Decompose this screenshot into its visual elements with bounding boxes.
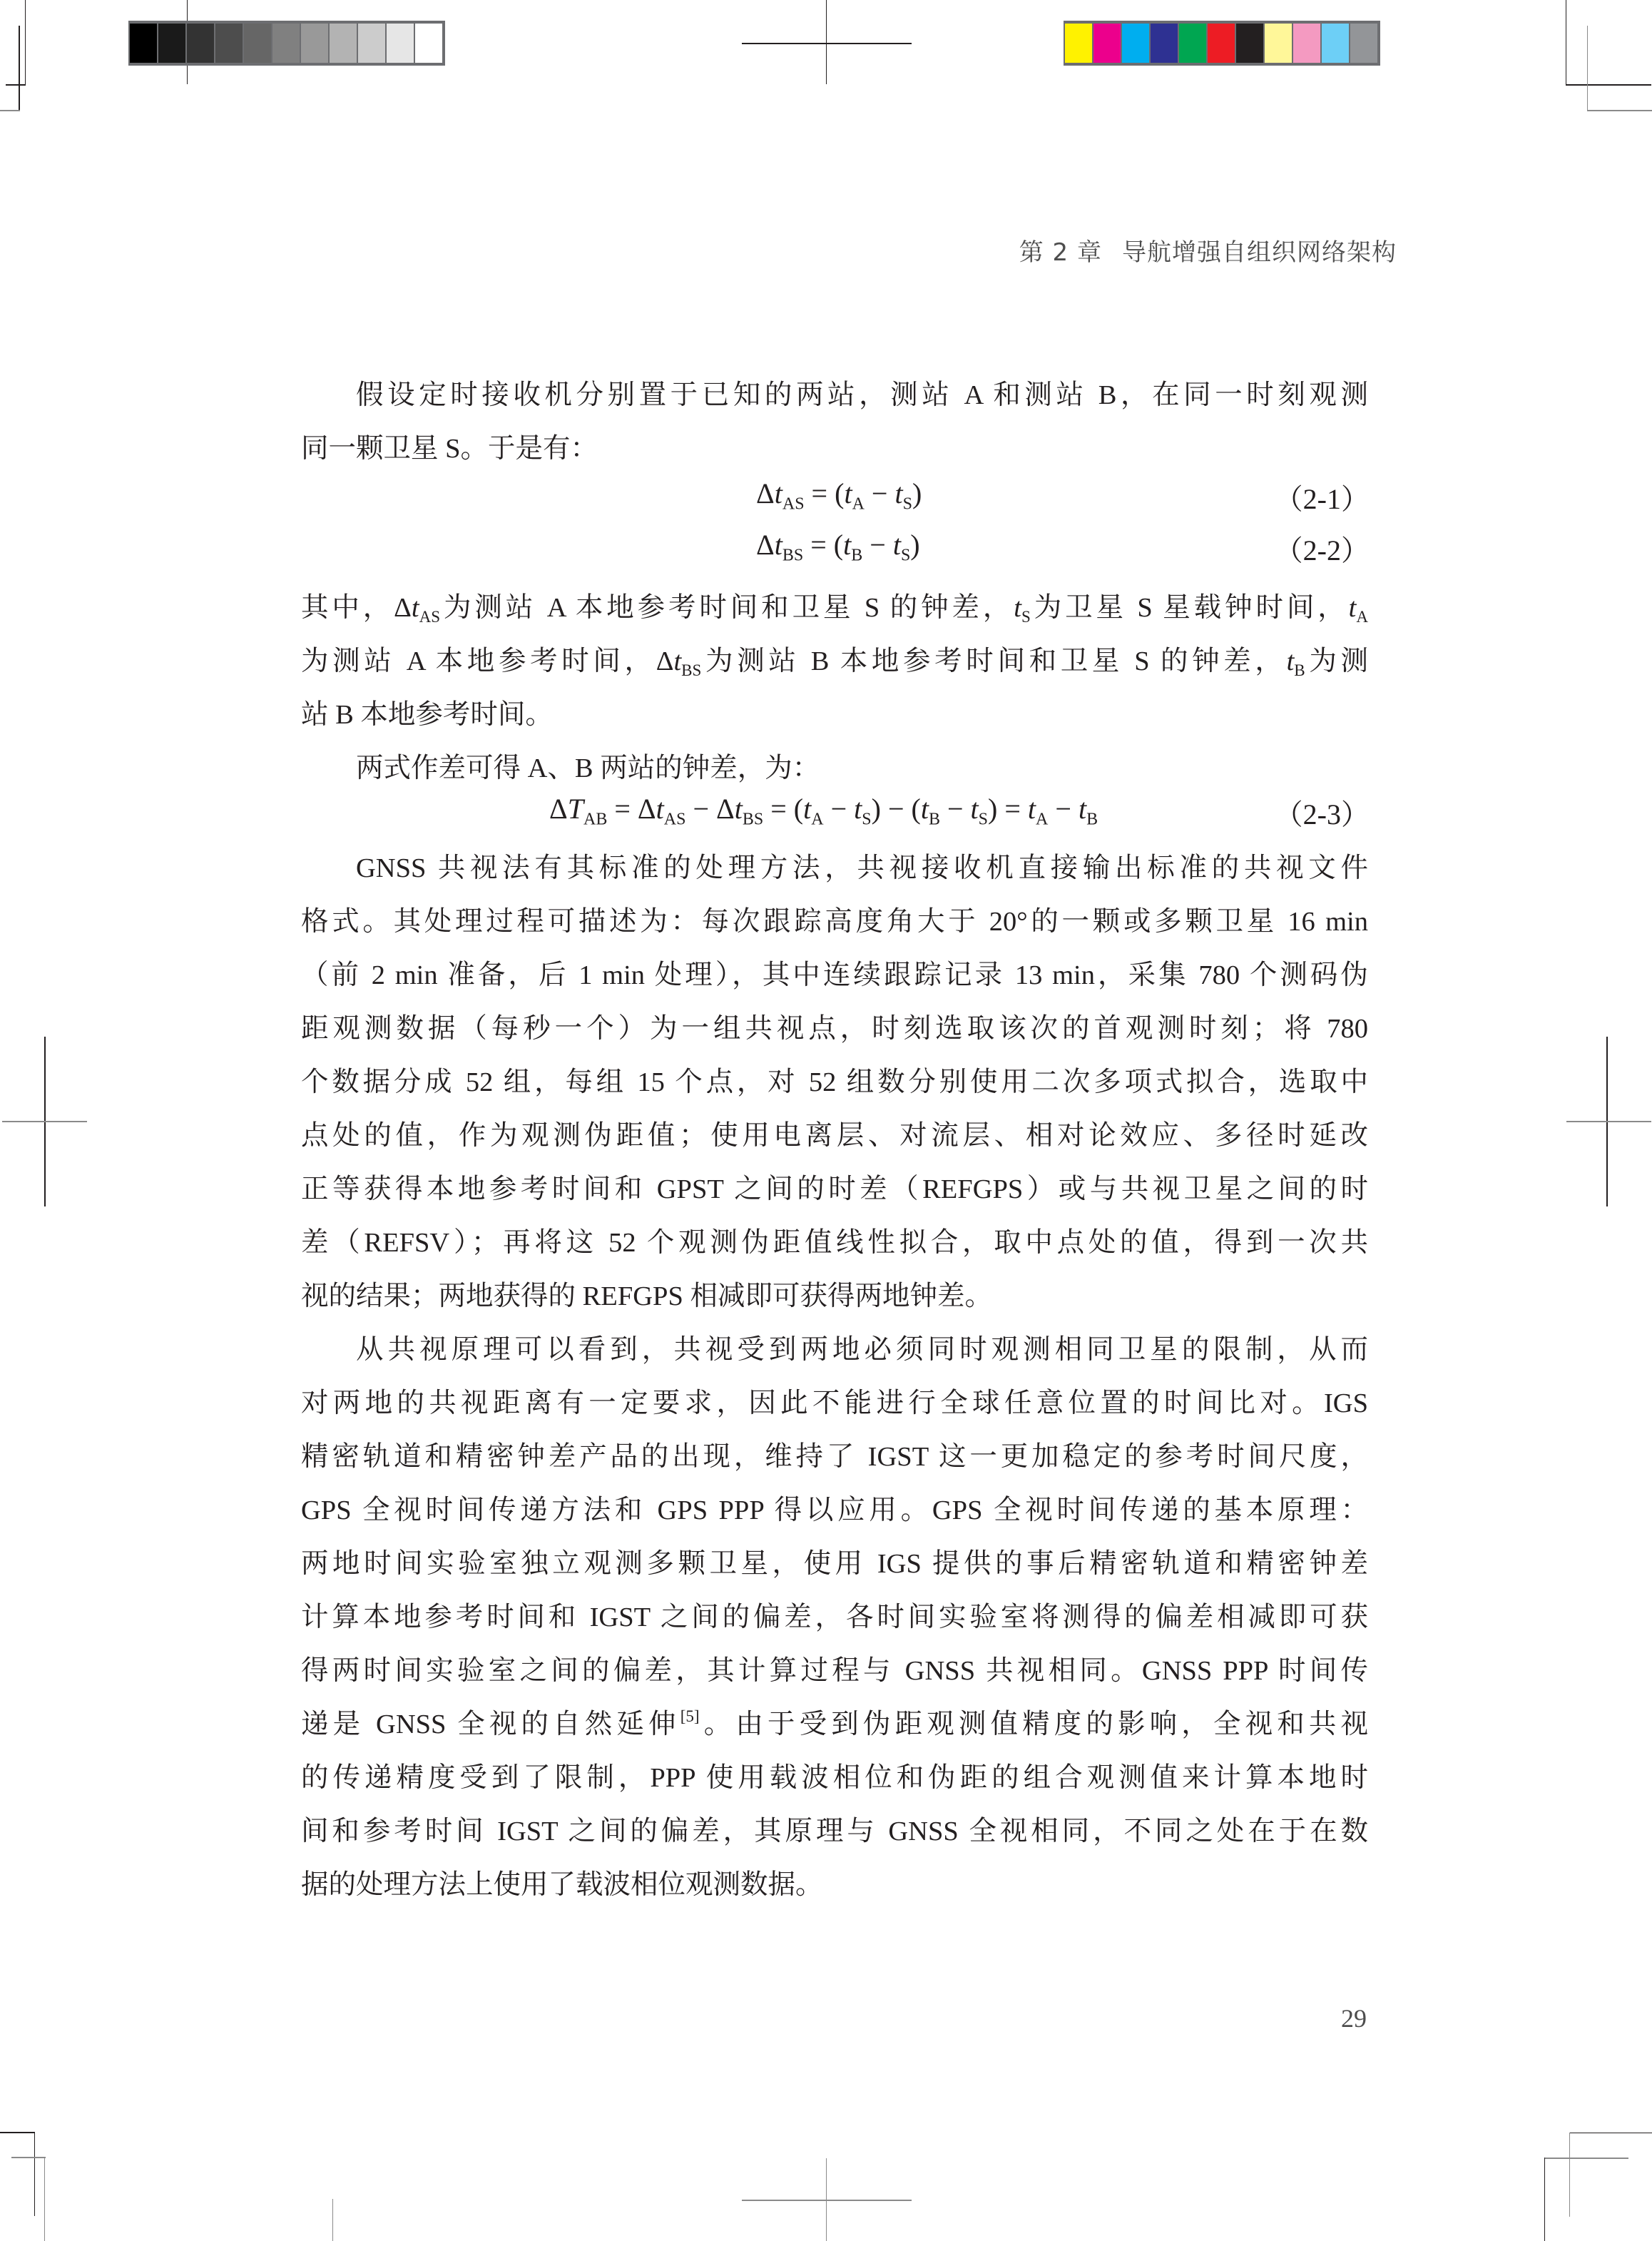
text-line: 为测站 A 本地参考时间，ΔtBS为测站 B 本地参考时间和卫星 S 的钟差，t…	[301, 635, 1368, 688]
equation-2-2: ΔtBS = (tB − tS) （2-2）	[756, 528, 1370, 571]
crop-mark	[742, 2200, 912, 2201]
text-line: （前 2 min 准备，后 1 min 处理），其中连续跟踪记录 13 min，…	[301, 949, 1368, 1002]
text-line: 站 B 本地参考时间。	[301, 688, 1368, 742]
text-line: 精密轨道和精密钟差产品的出现，维持了 IGST 这一更加稳定的参考时间尺度，	[301, 1431, 1368, 1484]
color-swatch	[244, 24, 271, 63]
paragraph: 假设定时接收机分别置于已知的两站，测站 A 和测站 B，在同一时刻观测 同一颗卫…	[301, 369, 1368, 476]
color-swatch	[1322, 24, 1349, 63]
color-swatch	[1122, 24, 1149, 63]
text-line: 得两时间实验室之间的偏差，其计算过程与 GNSS 共视相同。GNSS PPP 时…	[301, 1645, 1368, 1698]
color-swatch	[330, 24, 357, 63]
text-line: 其中，ΔtAS为测站 A 本地参考时间和卫星 S 的钟差，tS为卫星 S 星载钟…	[301, 581, 1368, 635]
text-line: 据的处理方法上使用了载波相位观测数据。	[301, 1859, 1368, 1912]
crop-mark	[1566, 1121, 1651, 1122]
color-swatch	[158, 24, 185, 63]
color-swatch	[1265, 24, 1292, 63]
crop-mark	[1587, 26, 1588, 110]
text-line: 同一颗卫星 S。于是有：	[301, 422, 1368, 476]
crop-mark	[826, 0, 827, 84]
text-line: 距观测数据（每秒一个）为一组共视点，时刻选取该次的首观测时刻；将 780	[301, 1002, 1368, 1056]
color-swatch	[1350, 24, 1377, 63]
text-line: 从共视原理可以看到，共视受到两地必须同时观测相同卫星的限制，从而	[301, 1323, 1368, 1377]
color-swatch	[1179, 24, 1206, 63]
text-line: 格式。其处理过程可描述为：每次跟踪高度角大于 20°的一颗或多颗卫星 16 mi…	[301, 895, 1368, 949]
color-swatch	[1093, 24, 1121, 63]
crop-mark	[1569, 2133, 1652, 2133]
text-line: 计算本地参考时间和 IGST 之间的偏差，各时间实验室将测得的偏差相减即可获	[301, 1591, 1368, 1645]
color-swatch	[215, 24, 243, 63]
crop-mark	[19, 26, 20, 110]
color-bar	[1064, 21, 1380, 66]
chapter-number: 第 2 章	[1019, 238, 1102, 267]
text-line: 正等获得本地参考时间和 GPST 之间的时差（REFGPS）或与共视卫星之间的时	[301, 1163, 1368, 1216]
paragraph: 从共视原理可以看到，共视受到两地必须同时观测相同卫星的限制，从而 对两地的共视距…	[301, 1323, 1368, 1912]
crop-mark	[34, 2132, 35, 2216]
equation-number: （2-3）	[1275, 792, 1370, 833]
equation-number: （2-2）	[1275, 528, 1370, 569]
text-line: 假设定时接收机分别置于已知的两站，测站 A 和测站 B，在同一时刻观测	[301, 369, 1368, 422]
crop-mark	[1587, 110, 1652, 111]
chapter-title: 导航增强自组织网络架构	[1122, 238, 1397, 267]
text-line: 间和参考时间 IGST 之间的偏差，其原理与 GNSS 全视相同，不同之处在于在…	[301, 1805, 1368, 1859]
color-swatch	[1151, 24, 1178, 63]
crop-mark	[1544, 2158, 1545, 2241]
color-swatch	[1236, 24, 1263, 63]
text-line: 点处的值，作为观测伪距值；使用电离层、对流层、相对论效应、多径时延改	[301, 1109, 1368, 1163]
color-swatch	[415, 24, 442, 63]
equation-number: （2-1）	[1275, 477, 1370, 517]
grayscale-bar	[128, 21, 445, 66]
running-head: 第 2 章导航增强自组织网络架构	[1019, 233, 1397, 268]
color-swatch	[1208, 24, 1235, 63]
text-line: GPS 全视时间传递方法和 GPS PPP 得以应用。GPS 全视时间传递的基本…	[301, 1484, 1368, 1538]
color-swatch	[1293, 24, 1320, 63]
citation-link[interactable]: [5]	[680, 1707, 700, 1725]
equation-2-3: ΔTAB = ΔtAS − ΔtBS = (tA − tS) − (tB − t…	[549, 792, 1370, 835]
crop-mark	[25, 0, 26, 84]
equation-2-1: ΔtAS = (tA − tS) （2-1）	[756, 477, 1370, 519]
text-line: GNSS 共视法有其标准的处理方法，共视接收机直接输出标准的共视文件	[301, 842, 1368, 895]
crop-mark	[44, 2157, 45, 2241]
text-line: 两式作差可得 A、B 两站的钟差，为：	[301, 742, 1368, 796]
crop-mark	[332, 2199, 333, 2241]
paragraph: GNSS 共视法有其标准的处理方法，共视接收机直接输出标准的共视文件 格式。其处…	[301, 842, 1368, 1323]
text-line: 递是 GNSS 全视的自然延伸[5]。由于受到伪距观测值精度的影响，全视和共视	[301, 1698, 1368, 1752]
color-swatch	[301, 24, 328, 63]
color-swatch	[358, 24, 385, 63]
text-line: 两地时间实验室独立观测多颗卫星，使用 IGS 提供的事后精密轨道和精密钟差	[301, 1538, 1368, 1591]
crop-mark	[11, 2157, 46, 2158]
color-swatch	[1065, 24, 1092, 63]
crop-mark	[0, 2132, 34, 2133]
color-swatch	[272, 24, 300, 63]
crop-mark	[742, 43, 912, 44]
color-swatch	[387, 24, 414, 63]
crop-mark	[1544, 2158, 1628, 2159]
crop-mark	[6, 84, 26, 86]
color-swatch	[130, 24, 157, 63]
text-line: 差（REFSV）；再将这 52 个观测伪距值线性拟合，取中点处的值，得到一次共	[301, 1216, 1368, 1270]
text-line: 的传递精度受到了限制，PPP 使用载波相位和伪距的组合观测值来计算本地时	[301, 1752, 1368, 1805]
page-number: 29	[1341, 2003, 1367, 2033]
crop-mark	[1569, 2133, 1570, 2217]
crop-mark	[0, 110, 20, 111]
text-line: 个数据分成 52 组，每组 15 个点，对 52 组数分别使用二次多项式拟合，选…	[301, 1056, 1368, 1109]
crop-mark	[1566, 0, 1566, 84]
crop-mark	[1566, 84, 1651, 86]
color-swatch	[187, 24, 214, 63]
crop-mark	[2, 1121, 87, 1122]
paragraph: 其中，ΔtAS为测站 A 本地参考时间和卫星 S 的钟差，tS为卫星 S 星载钟…	[301, 581, 1368, 742]
text-line: 视的结果；两地获得的 REFGPS 相减即可获得两地钟差。	[301, 1270, 1368, 1323]
text-line: 对两地的共视距离有一定要求，因此不能进行全球任意位置的时间比对。IGS	[301, 1377, 1368, 1431]
paragraph: 两式作差可得 A、B 两站的钟差，为：	[301, 742, 1368, 796]
